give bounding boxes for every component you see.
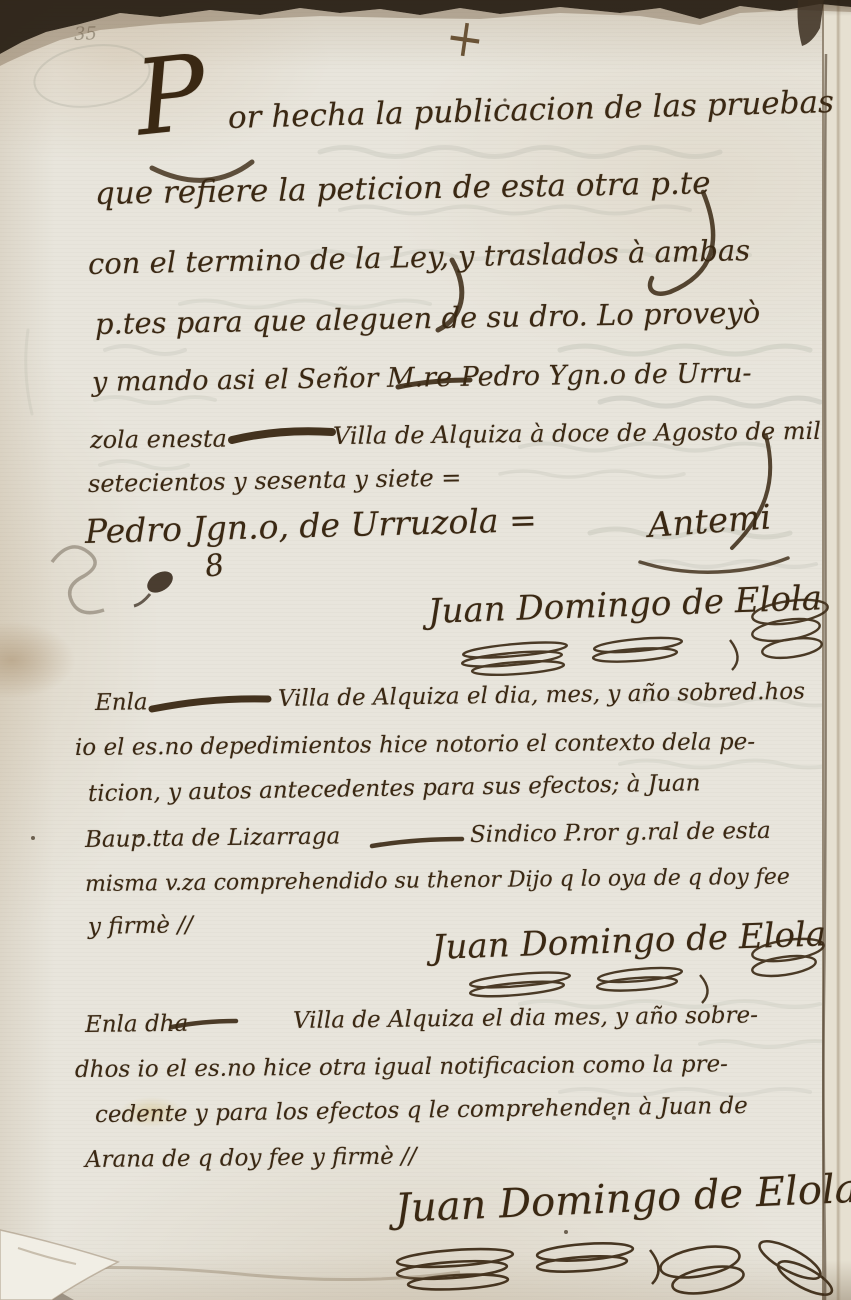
page-edges-layer xyxy=(0,0,851,1300)
bottom-corner-flap xyxy=(0,1230,118,1300)
top-right-notch xyxy=(798,0,825,46)
manuscript-page: 35 + P or hecha la publicacion de las pr… xyxy=(0,0,851,1300)
right-page-edge xyxy=(823,54,826,1300)
